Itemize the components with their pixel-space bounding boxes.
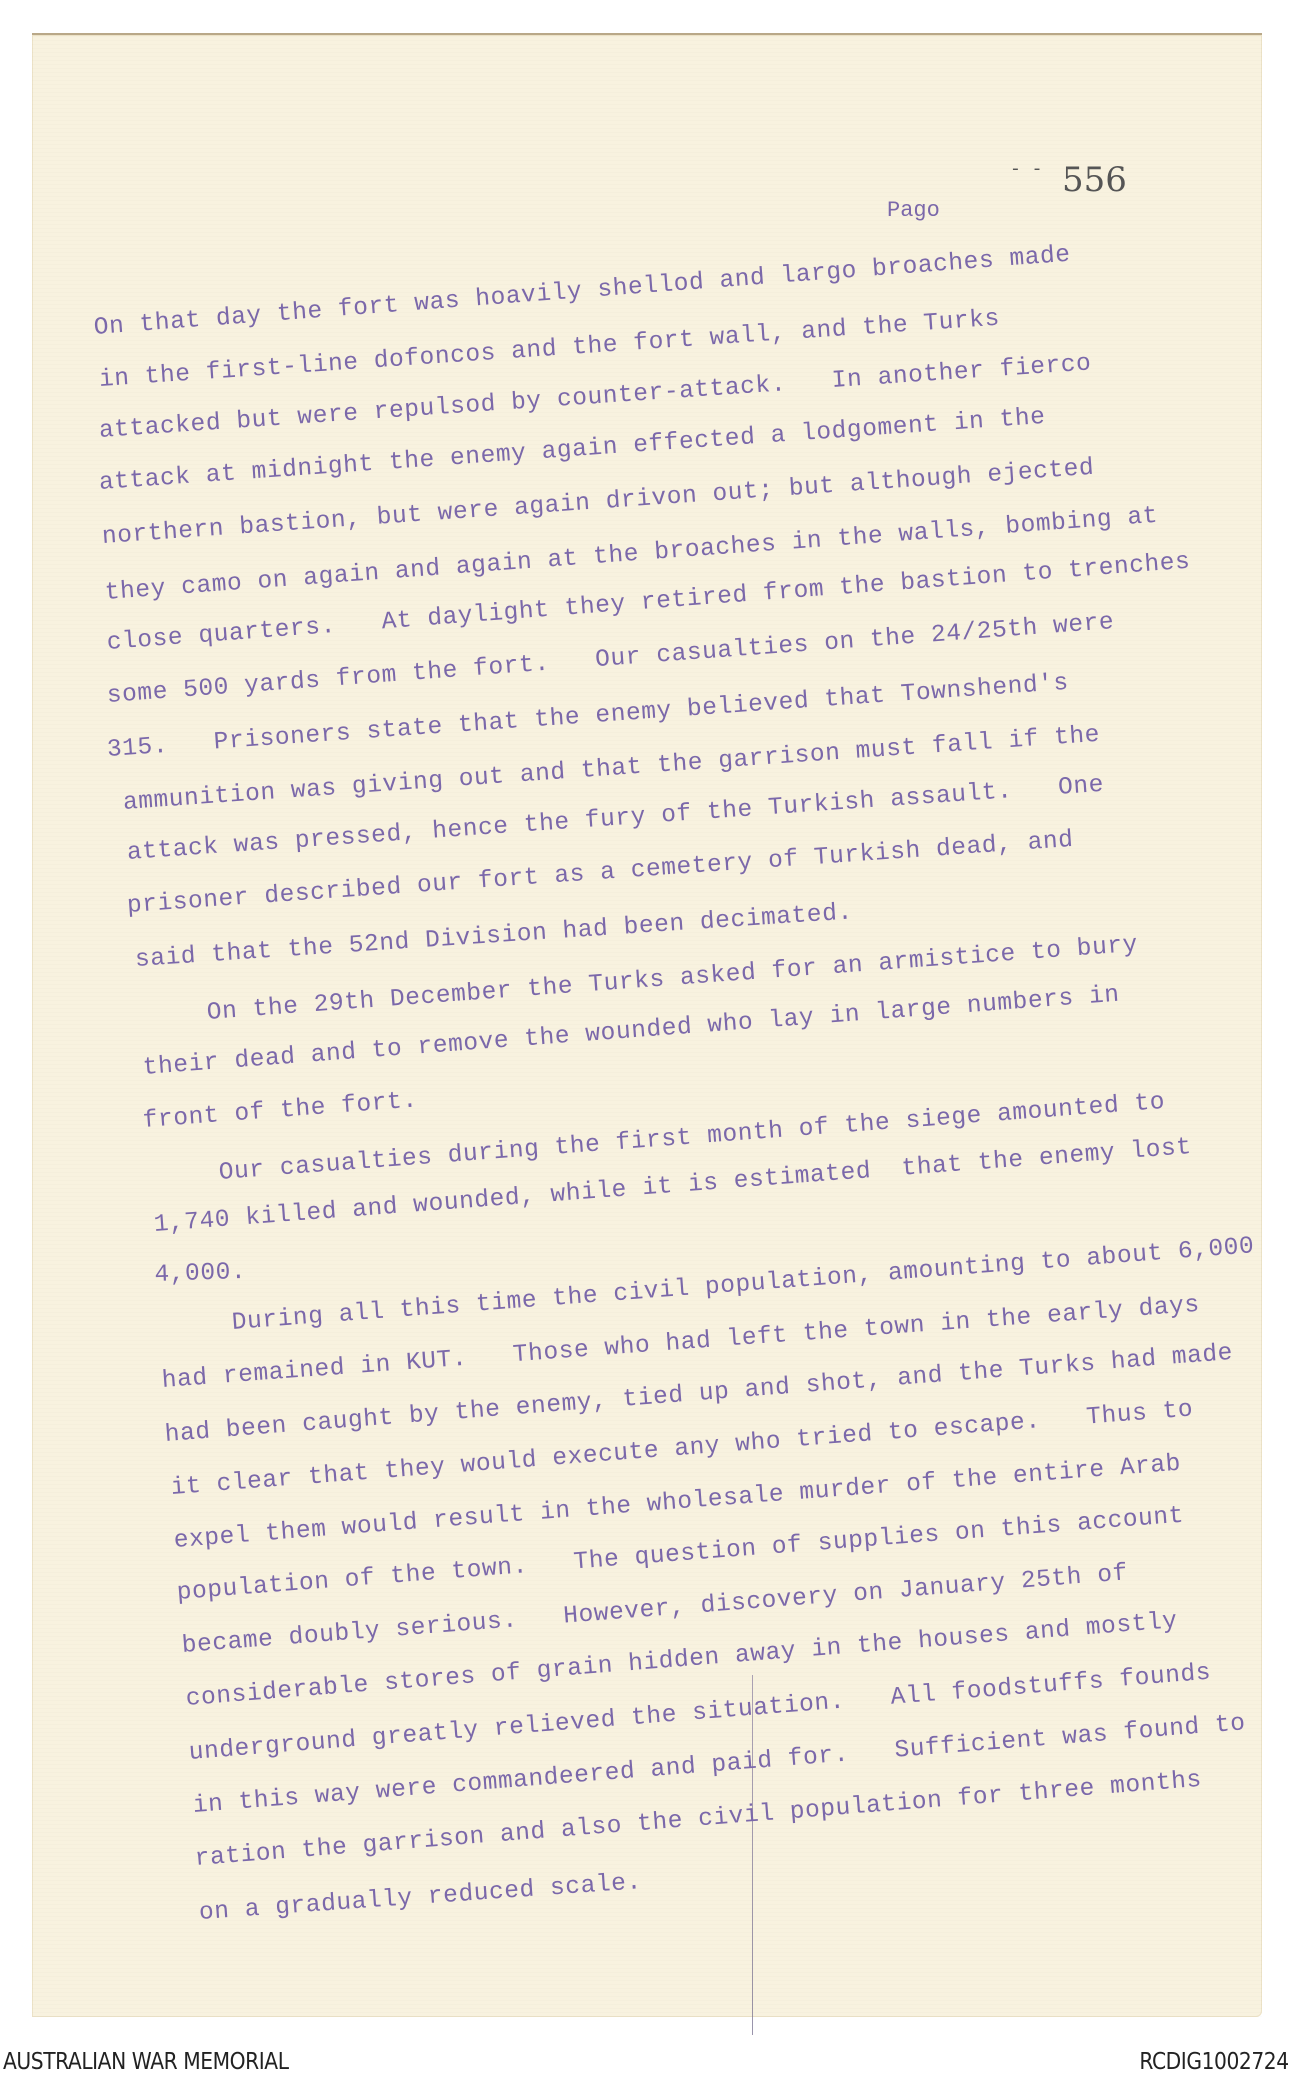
paper-fold-mark xyxy=(752,1675,753,2035)
page-dash-mark: - - xyxy=(1010,160,1042,180)
page-label: Pago xyxy=(887,198,940,223)
page-number: 556 xyxy=(1062,160,1127,200)
archive-name: AUSTRALIAN WAR MEMORIAL xyxy=(3,2049,289,2075)
text-line: 4,000. xyxy=(154,1259,247,1289)
record-id: RCDIG1002724 xyxy=(1140,2049,1289,2075)
